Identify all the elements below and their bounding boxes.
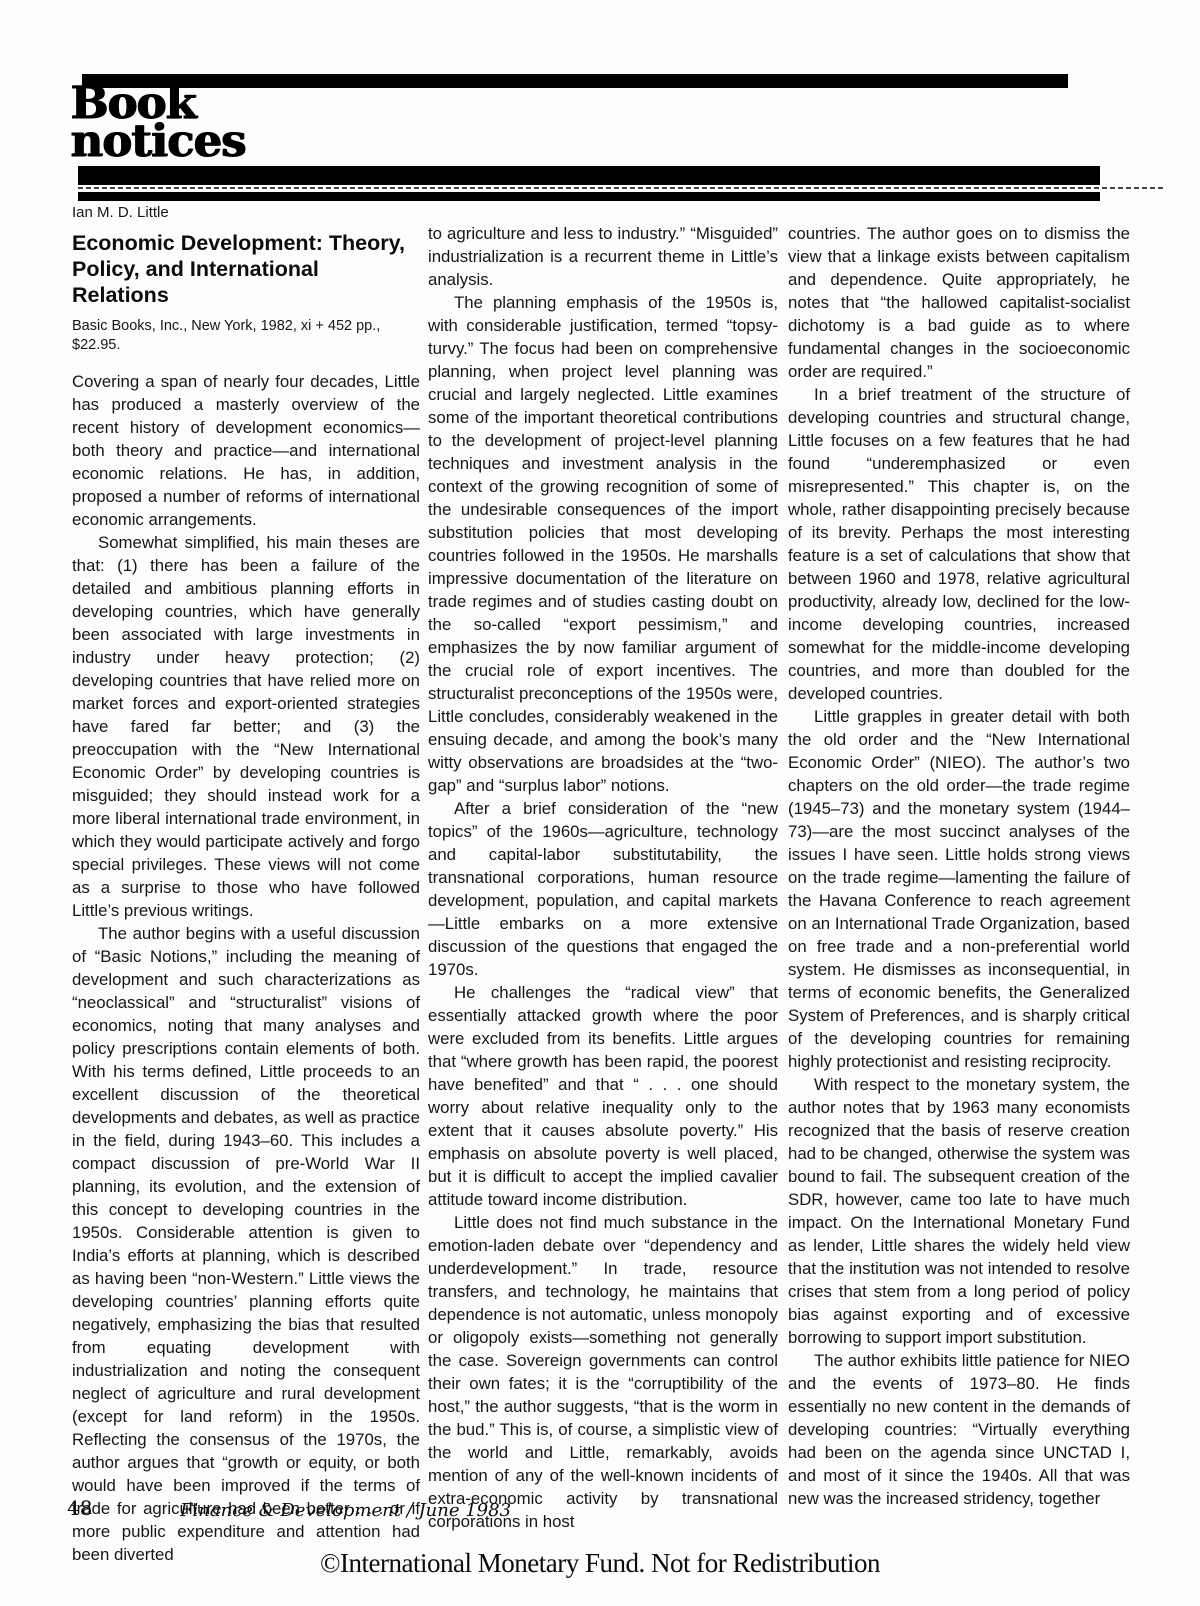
book-title: Economic Development: Theory, Policy, an… [72,230,420,308]
column-1-paragraphs: Covering a span of nearly four decades, … [72,370,420,1566]
paragraph: Covering a span of nearly four decades, … [72,370,420,531]
paragraph: In a brief treatment of the structure of… [788,383,1130,705]
masthead-line2: notices [70,122,245,160]
publisher-line: Basic Books, Inc., New York, 1982, xi + … [72,317,420,354]
column-3-paragraphs: countries. The author goes on to dismiss… [788,222,1130,1510]
header-rule-speckle [78,187,1166,189]
paragraph: After a brief consideration of the “new … [428,797,778,981]
journal-title: Finance & Development / June 1983 [180,1500,511,1521]
paragraph: With respect to the monetary system, the… [788,1073,1130,1349]
book-notices-page: Book notices Ian M. D. Little Economic D… [0,0,1200,1606]
header-rule-bottom [78,192,1100,201]
column-2-paragraphs: to agriculture and less to industry.” “M… [428,222,778,1533]
paragraph: countries. The author goes on to dismiss… [788,222,1130,383]
column-2: to agriculture and less to industry.” “M… [428,222,778,1533]
paragraph: The author exhibits little patience for … [788,1349,1130,1510]
paragraph: The planning emphasis of the 1950s is, w… [428,291,778,797]
copyright-notice: ©International Monetary Fund. Not for Re… [0,1548,1200,1579]
column-1: Ian M. D. Little Economic Development: T… [72,203,420,1566]
paragraph: Little does not find much substance in t… [428,1211,778,1533]
paragraph: The author begins with a useful discussi… [72,922,420,1566]
header-rule-middle [78,166,1100,185]
paragraph: to agriculture and less to industry.” “M… [428,222,778,291]
paragraph: Little grapples in greater detail with b… [788,705,1130,1073]
review-author: Ian M. D. Little [72,203,420,222]
paragraph: Somewhat simplified, his main theses are… [72,531,420,922]
column-3: countries. The author goes on to dismiss… [788,222,1130,1510]
page-number: 48 [67,1496,92,1520]
paragraph: He challenges the “radical view” that es… [428,981,778,1211]
masthead: Book notices [70,84,245,160]
